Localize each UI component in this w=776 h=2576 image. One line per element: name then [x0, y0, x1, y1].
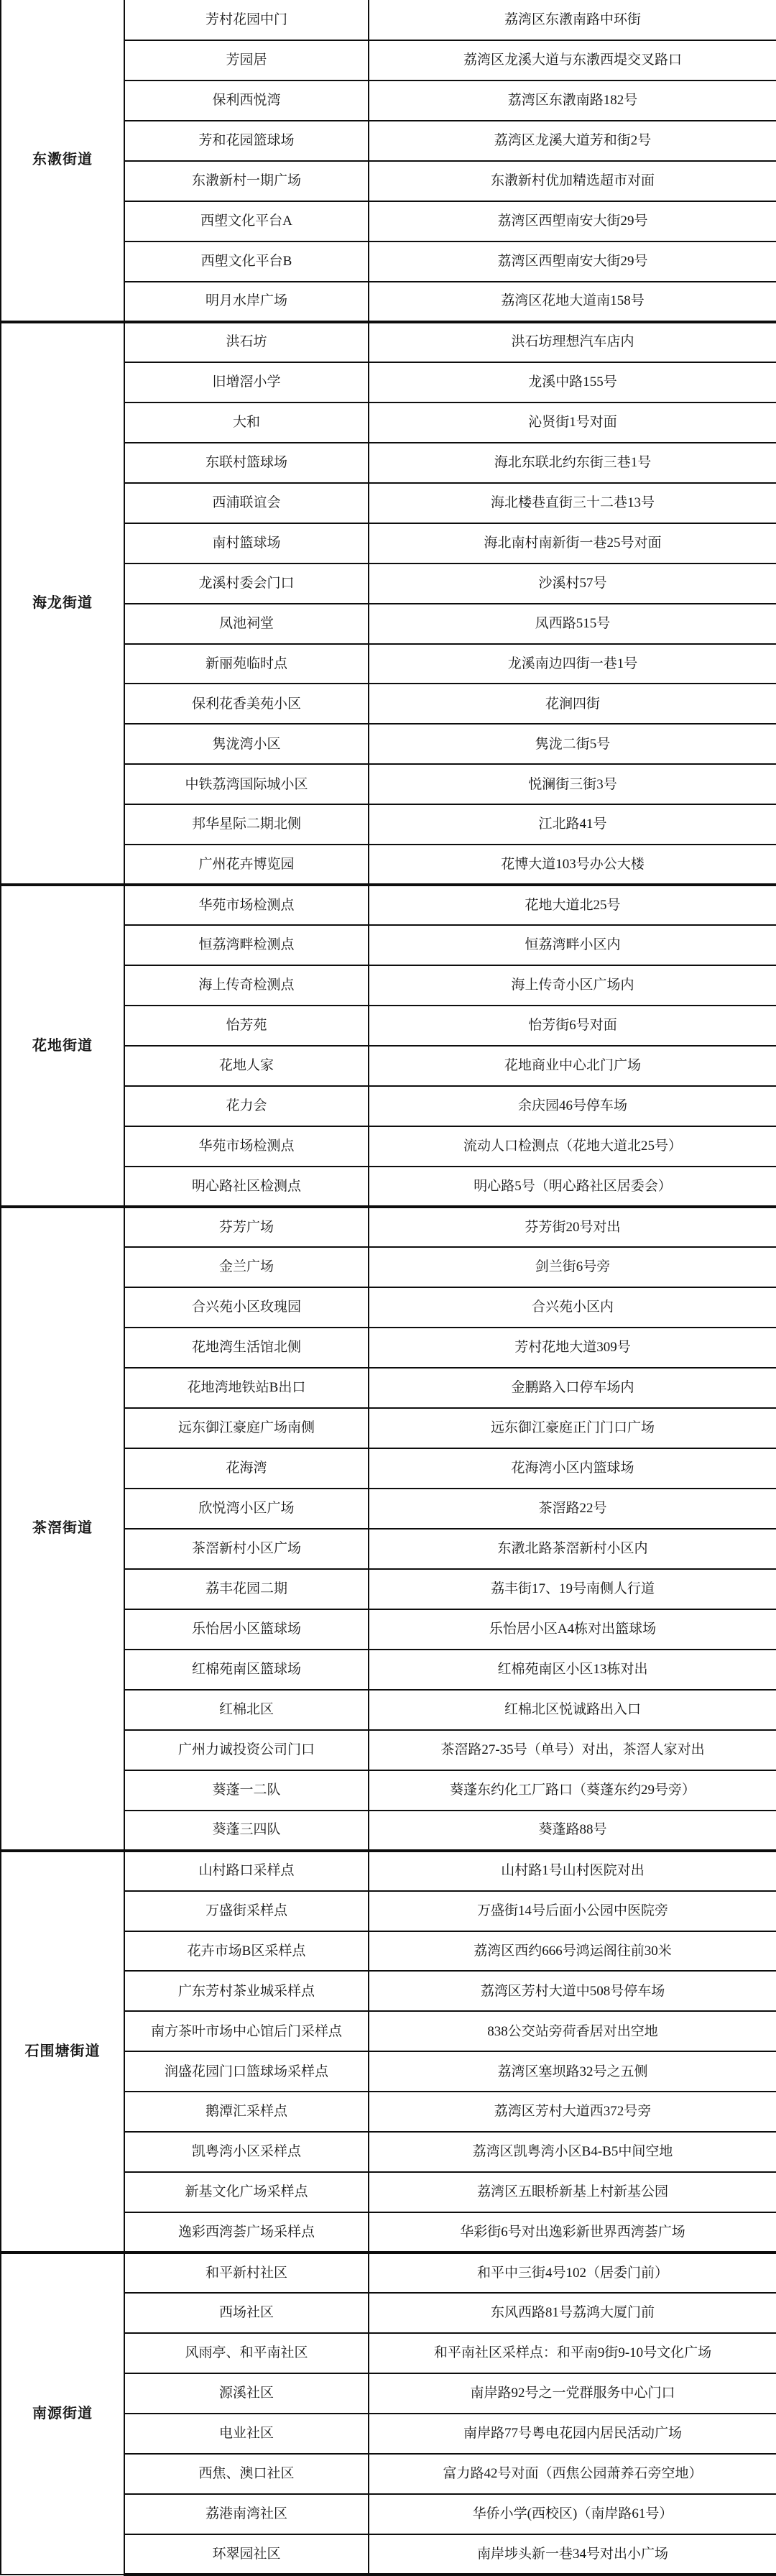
site-name-cell: 西焦、澳口社区 — [124, 2454, 369, 2494]
site-name-cell: 西浦联谊会 — [124, 483, 369, 523]
site-address-cell: 荔湾区西约666号鸿运阁往前30米 — [369, 1931, 776, 1972]
site-address-cell: 华侨小学(西校区)（南岸路61号） — [369, 2494, 776, 2534]
site-address-cell: 东漖新村优加精选超市对面 — [369, 161, 776, 201]
site-name-cell: 欣悦湾小区广场 — [124, 1489, 369, 1529]
site-address-cell: 南岸路92号之一党群服务中心门口 — [369, 2373, 776, 2414]
site-address-cell: 山村路1号山村医院对出 — [369, 1851, 776, 1891]
site-name-cell: 凯粤湾小区采样点 — [124, 2132, 369, 2172]
site-name-cell: 保利花香美苑小区 — [124, 684, 369, 724]
site-name-cell: 葵蓬一二队 — [124, 1770, 369, 1811]
site-address-cell: 花地商业中心北门广场 — [369, 1046, 776, 1086]
site-address-cell: 华彩街6号对出逸彩新世界西湾荟广场 — [369, 2212, 776, 2253]
site-address-cell: 流动人口检测点（花地大道北25号） — [369, 1126, 776, 1167]
site-address-cell: 荔湾区西塱南安大街29号 — [369, 241, 776, 282]
site-address-cell: 远东御江豪庭正门门口广场 — [369, 1408, 776, 1448]
site-address-cell: 芳村花地大道309号 — [369, 1328, 776, 1368]
site-name-cell: 邦华星际二期北侧 — [124, 804, 369, 845]
table-row: 东漖街道芳村花园中门荔湾区东漖南路中环街 — [1, 0, 776, 40]
site-name-cell: 明心路社区检测点 — [124, 1167, 369, 1207]
sampling-sites-table: 东漖街道芳村花园中门荔湾区东漖南路中环街芳园居荔湾区龙溪大道与东漖西堤交叉路口保… — [0, 0, 776, 2576]
site-address-cell: 葵蓬东约化工厂路口（葵蓬东约29号旁） — [369, 1770, 776, 1811]
site-name-cell: 新基文化广场采样点 — [124, 2172, 369, 2212]
site-name-cell: 大和 — [124, 402, 369, 443]
site-name-cell: 合兴苑小区玫瑰园 — [124, 1287, 369, 1328]
site-address-cell: 荔湾区凯粤湾小区B4-B5中间空地 — [369, 2132, 776, 2172]
site-address-cell: 葵蓬路88号 — [369, 1811, 776, 1851]
site-address-cell: 沁贤街1号对面 — [369, 402, 776, 443]
site-address-cell: 余庆园46号停车场 — [369, 1086, 776, 1126]
site-address-cell: 荔湾区东漖南路182号 — [369, 80, 776, 121]
site-name-cell: 葵蓬三四队 — [124, 1811, 369, 1851]
site-address-cell: 东漖北路茶滘新村小区内 — [369, 1529, 776, 1569]
site-address-cell: 隽泷二街5号 — [369, 724, 776, 764]
site-address-cell: 海北楼巷直街三十二巷13号 — [369, 483, 776, 523]
site-name-cell: 红棉北区 — [124, 1690, 369, 1730]
site-name-cell: 南村篮球场 — [124, 523, 369, 563]
site-name-cell: 红棉苑南区篮球场 — [124, 1650, 369, 1690]
site-name-cell: 花海湾 — [124, 1448, 369, 1489]
site-name-cell: 中铁荔湾国际城小区 — [124, 764, 369, 804]
site-address-cell: 花博大道103号办公大楼 — [369, 845, 776, 885]
site-address-cell: 恒荔湾畔小区内 — [369, 925, 776, 965]
site-name-cell: 隽泷湾小区 — [124, 724, 369, 764]
table-row: 海龙街道洪石坊洪石坊理想汽车店内 — [1, 322, 776, 362]
document-page: { "table": { "sections": [ { "street": "… — [0, 0, 776, 2576]
site-name-cell: 花地人家 — [124, 1046, 369, 1086]
site-name-cell: 广东芳村茶业城采样点 — [124, 1971, 369, 2011]
site-address-cell: 茶滘路27-35号（单号）对出，茶滘人家对出 — [369, 1730, 776, 1770]
site-name-cell: 和平新村社区 — [124, 2253, 369, 2293]
site-name-cell: 广州力诚投资公司门口 — [124, 1730, 369, 1770]
site-address-cell: 和平中三街4号102（居委门前） — [369, 2253, 776, 2293]
table-row: 石围塘街道山村路口采样点山村路1号山村医院对出 — [1, 1851, 776, 1891]
site-address-cell: 凤西路515号 — [369, 604, 776, 644]
site-name-cell: 芳和花园篮球场 — [124, 121, 369, 161]
site-address-cell: 南岸埗头新一巷34号对出小广场 — [369, 2534, 776, 2575]
site-name-cell: 恒荔湾畔检测点 — [124, 925, 369, 965]
site-name-cell: 荔港南湾社区 — [124, 2494, 369, 2534]
site-name-cell: 万盛街采样点 — [124, 1891, 369, 1931]
site-address-cell: 明心路5号（明心路社区居委会） — [369, 1167, 776, 1207]
site-name-cell: 荔丰花园二期 — [124, 1569, 369, 1609]
site-address-cell: 富力路42号对面（西焦公园萧养石旁空地） — [369, 2454, 776, 2494]
site-address-cell: 东风西路81号荔鸿大厦门前 — [369, 2293, 776, 2333]
site-name-cell: 花卉市场B区采样点 — [124, 1931, 369, 1972]
table-row: 花地街道华苑市场检测点花地大道北25号 — [1, 885, 776, 925]
site-address-cell: 海上传奇小区广场内 — [369, 965, 776, 1006]
table-row: 茶滘街道芬芳广场芬芳街20号对出 — [1, 1207, 776, 1247]
site-address-cell: 花海湾小区内篮球场 — [369, 1448, 776, 1489]
site-name-cell: 西塱文化平台A — [124, 201, 369, 241]
site-address-cell: 金鹏路入口停车场内 — [369, 1368, 776, 1408]
site-name-cell: 花地湾地铁站B出口 — [124, 1368, 369, 1408]
site-name-cell: 茶滘新村小区广场 — [124, 1529, 369, 1569]
street-name-cell: 茶滘街道 — [1, 1207, 124, 1851]
street-name-cell: 南源街道 — [1, 2253, 124, 2575]
site-name-cell: 润盛花园门口篮球场采样点 — [124, 2051, 369, 2092]
site-name-cell: 鹅潭汇采样点 — [124, 2092, 369, 2132]
site-address-cell: 荔湾区龙溪大道与东漖西堤交叉路口 — [369, 40, 776, 80]
site-address-cell: 红棉北区悦诚路出入口 — [369, 1690, 776, 1730]
site-name-cell: 逸彩西湾荟广场采样点 — [124, 2212, 369, 2253]
site-address-cell: 龙溪中路155号 — [369, 362, 776, 402]
site-address-cell: 乐怡居小区A4栋对出篮球场 — [369, 1609, 776, 1650]
site-address-cell: 万盛街14号后面小公园中医院旁 — [369, 1891, 776, 1931]
site-address-cell: 南岸路77号粤电花园内居民活动广场 — [369, 2414, 776, 2454]
site-address-cell: 荔湾区东漖南路中环街 — [369, 0, 776, 40]
site-name-cell: 华苑市场检测点 — [124, 885, 369, 925]
site-address-cell: 荔湾区龙溪大道芳和街2号 — [369, 121, 776, 161]
site-address-cell: 江北路41号 — [369, 804, 776, 845]
site-address-cell: 荔湾区芳村大道西372号旁 — [369, 2092, 776, 2132]
site-address-cell: 剑兰街6号旁 — [369, 1247, 776, 1287]
site-name-cell: 龙溪村委会门口 — [124, 563, 369, 604]
site-address-cell: 荔湾区五眼桥新基上村新基公园 — [369, 2172, 776, 2212]
site-address-cell: 838公交站旁荷香居对出空地 — [369, 2011, 776, 2051]
site-name-cell: 花地湾生活馆北侧 — [124, 1328, 369, 1368]
site-address-cell: 花地大道北25号 — [369, 885, 776, 925]
site-address-cell: 荔湾区西塱南安大街29号 — [369, 201, 776, 241]
site-address-cell: 荔丰街17、19号南侧人行道 — [369, 1569, 776, 1609]
site-address-cell: 沙溪村57号 — [369, 563, 776, 604]
site-address-cell: 荔湾区花地大道南158号 — [369, 282, 776, 322]
site-name-cell: 芬芳广场 — [124, 1207, 369, 1247]
site-name-cell: 环翠园社区 — [124, 2534, 369, 2575]
site-name-cell: 西场社区 — [124, 2293, 369, 2333]
site-name-cell: 明月水岸广场 — [124, 282, 369, 322]
site-address-cell: 芬芳街20号对出 — [369, 1207, 776, 1247]
site-name-cell: 凤池祠堂 — [124, 604, 369, 644]
site-name-cell: 旧增滘小学 — [124, 362, 369, 402]
site-address-cell: 龙溪南边四街一巷1号 — [369, 644, 776, 684]
sampling-sites-table-body: 东漖街道芳村花园中门荔湾区东漖南路中环街芳园居荔湾区龙溪大道与东漖西堤交叉路口保… — [1, 0, 776, 2575]
site-name-cell: 山村路口采样点 — [124, 1851, 369, 1891]
site-address-cell: 悦澜街三街3号 — [369, 764, 776, 804]
site-name-cell: 电业社区 — [124, 2414, 369, 2454]
site-address-cell: 和平南社区采样点：和平南9街9-10号文化广场 — [369, 2333, 776, 2373]
site-name-cell: 洪石坊 — [124, 322, 369, 362]
street-name-cell: 海龙街道 — [1, 322, 124, 885]
site-name-cell: 源溪社区 — [124, 2373, 369, 2414]
site-address-cell: 红棉苑南区小区13栋对出 — [369, 1650, 776, 1690]
site-name-cell: 广州花卉博览园 — [124, 845, 369, 885]
site-name-cell: 风雨亭、和平南社区 — [124, 2333, 369, 2373]
street-name-cell: 花地街道 — [1, 885, 124, 1207]
street-name-cell: 东漖街道 — [1, 0, 124, 322]
site-address-cell: 洪石坊理想汽车店内 — [369, 322, 776, 362]
site-name-cell: 东漖新村一期广场 — [124, 161, 369, 201]
site-address-cell: 荔湾区芳村大道中508号停车场 — [369, 1971, 776, 2011]
site-name-cell: 花力会 — [124, 1086, 369, 1126]
site-address-cell: 合兴苑小区内 — [369, 1287, 776, 1328]
site-name-cell: 华苑市场检测点 — [124, 1126, 369, 1167]
site-address-cell: 海北南村南新街一巷25号对面 — [369, 523, 776, 563]
site-address-cell: 花涧四街 — [369, 684, 776, 724]
site-name-cell: 远东御江豪庭广场南侧 — [124, 1408, 369, 1448]
site-name-cell: 海上传奇检测点 — [124, 965, 369, 1006]
site-name-cell: 南方茶叶市场中心馆后门采样点 — [124, 2011, 369, 2051]
site-name-cell: 芳园居 — [124, 40, 369, 80]
site-address-cell: 怡芳街6号对面 — [369, 1006, 776, 1046]
site-name-cell: 西塱文化平台B — [124, 241, 369, 282]
site-name-cell: 东联村篮球场 — [124, 443, 369, 483]
site-name-cell: 乐怡居小区篮球场 — [124, 1609, 369, 1650]
table-row: 南源街道和平新村社区和平中三街4号102（居委门前） — [1, 2253, 776, 2293]
site-address-cell: 茶滘路22号 — [369, 1489, 776, 1529]
site-name-cell: 芳村花园中门 — [124, 0, 369, 40]
site-name-cell: 金兰广场 — [124, 1247, 369, 1287]
site-address-cell: 海北东联北约东街三巷1号 — [369, 443, 776, 483]
site-name-cell: 保利西悦湾 — [124, 80, 369, 121]
site-name-cell: 怡芳苑 — [124, 1006, 369, 1046]
site-address-cell: 荔湾区塞坝路32号之五侧 — [369, 2051, 776, 2092]
site-name-cell: 新丽苑临时点 — [124, 644, 369, 684]
street-name-cell: 石围塘街道 — [1, 1851, 124, 2253]
